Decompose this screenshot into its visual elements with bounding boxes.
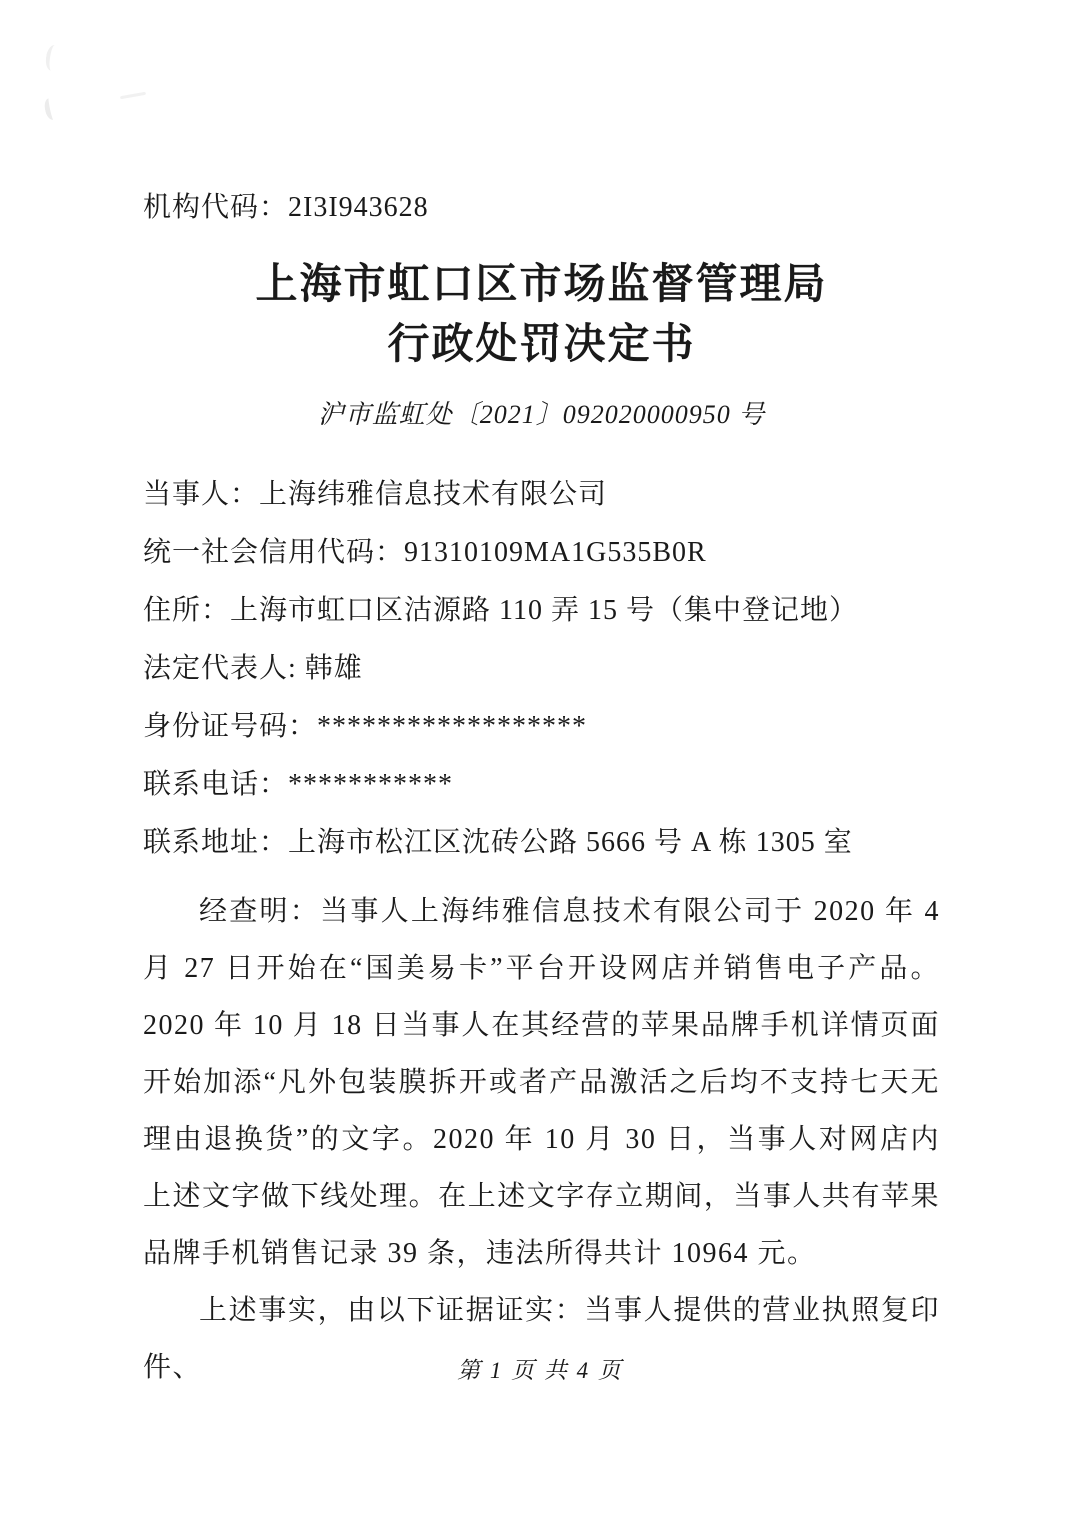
credit-code-value: 91310109MA1G535B0R (404, 537, 707, 568)
phone-value: *********** (288, 769, 453, 800)
party-name-value: 上海纬雅信息技术有限公司 (259, 479, 607, 510)
org-code-label: 机构代码： (143, 192, 288, 223)
document-number: 沪市监虹处〔2021〕092020000950 号 (143, 394, 940, 431)
legal-representative-line: 法定代表人: 韩雄 (143, 651, 940, 686)
scan-artifact (120, 92, 146, 99)
document-page: 机构代码：2I3I943628 上海市虹口区市场监督管理局 行政处罚决定书 沪市… (0, 0, 1080, 1516)
party-info-block: 当事人：上海纬雅信息技术有限公司 统一社会信用代码：91310109MA1G53… (143, 477, 940, 860)
org-code-value: 2I3I943628 (288, 192, 429, 223)
document-title: 上海市虹口区市场监督管理局 行政处罚决定书 (143, 254, 940, 374)
credit-code-label: 统一社会信用代码： (143, 537, 404, 568)
phone-line: 联系电话：*********** (143, 767, 940, 802)
page-footer: 第 1 页 共 4 页 (0, 1352, 1080, 1385)
address-label: 住所： (143, 595, 230, 626)
findings-paragraph: 经查明：当事人上海纬雅信息技术有限公司于 2020 年 4 月 27 日开始在“… (143, 883, 940, 1282)
scan-artifact (43, 97, 59, 121)
document-title-line1: 上海市虹口区市场监督管理局 (143, 254, 940, 314)
document-body: 经查明：当事人上海纬雅信息技术有限公司于 2020 年 4 月 27 日开始在“… (143, 883, 940, 1396)
id-number-label: 身份证号码： (143, 711, 317, 742)
id-number-value: ****************** (317, 711, 587, 742)
document-title-line2: 行政处罚决定书 (143, 314, 940, 374)
credit-code-line: 统一社会信用代码：91310109MA1G535B0R (143, 535, 940, 570)
org-code-line: 机构代码：2I3I943628 (143, 190, 940, 226)
address-line: 住所：上海市虹口区沽源路 110 弄 15 号（集中登记地） (143, 593, 940, 628)
address-value: 上海市虹口区沽源路 110 弄 15 号（集中登记地） (230, 595, 858, 626)
legal-representative-label: 法定代表人: (143, 653, 305, 684)
legal-representative-value: 韩雄 (305, 653, 363, 684)
scan-artifact (44, 44, 61, 72)
contact-address-label: 联系地址： (143, 827, 288, 858)
contact-address-line: 联系地址：上海市松江区沈砖公路 5666 号 A 栋 1305 室 (143, 825, 940, 860)
party-name-label: 当事人： (143, 479, 259, 510)
contact-address-value: 上海市松江区沈砖公路 5666 号 A 栋 1305 室 (288, 827, 853, 858)
party-name-line: 当事人：上海纬雅信息技术有限公司 (143, 477, 940, 512)
phone-label: 联系电话： (143, 769, 288, 800)
id-number-line: 身份证号码：****************** (143, 709, 940, 744)
